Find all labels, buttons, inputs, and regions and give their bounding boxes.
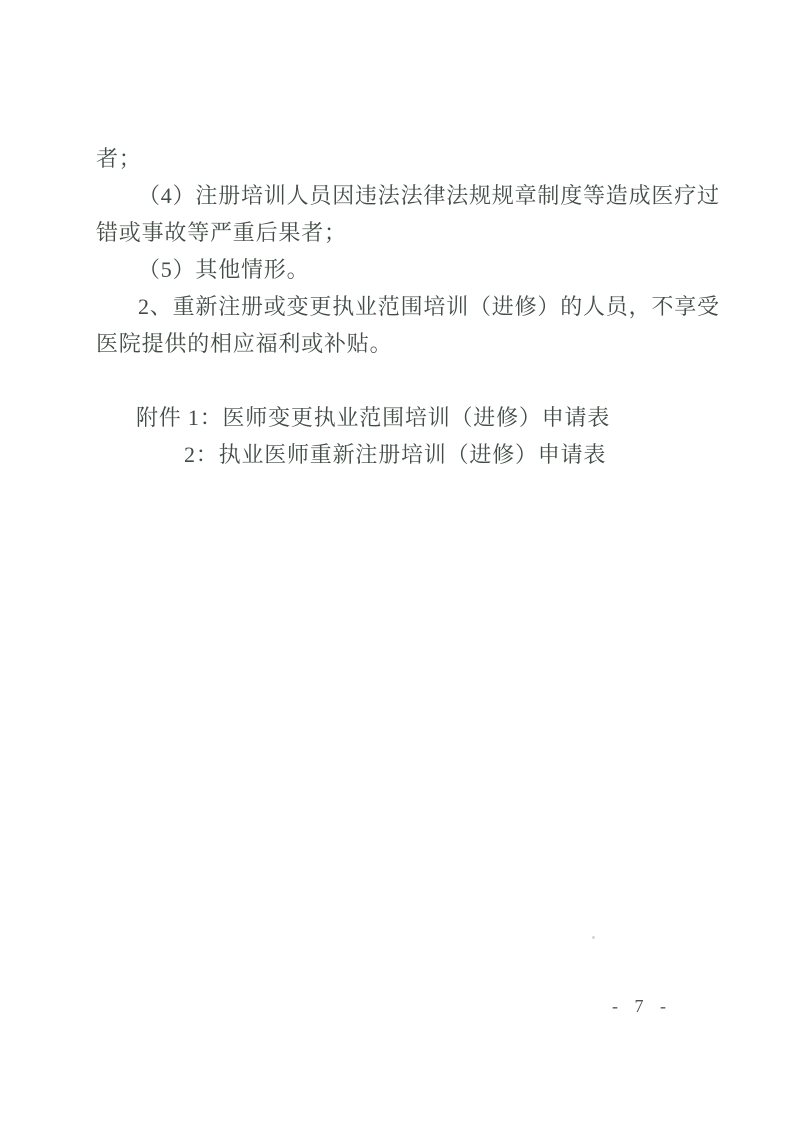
text-line: 医院提供的相应福利或补贴。 xyxy=(96,325,706,362)
document-page: 者；（4）注册培训人员因违法法律法规规章制度等造成医疗过错或事故等严重后果者；（… xyxy=(0,0,793,1123)
page-number: - 7 - xyxy=(612,996,672,1017)
text-line: （4）注册培训人员因违法法律法规规章制度等造成医疗过 xyxy=(96,177,706,214)
body-text: 者；（4）注册培训人员因违法法律法规规章制度等造成医疗过错或事故等严重后果者；（… xyxy=(96,140,706,473)
text-line: 2、重新注册或变更执业范围培训（进修）的人员，不享受 xyxy=(96,288,706,325)
text-line: 者； xyxy=(96,140,706,177)
scan-speck xyxy=(592,936,595,939)
blank-line xyxy=(96,362,706,399)
text-line: 错或事故等严重后果者； xyxy=(96,214,706,251)
text-line: 附件 1：医师变更执业范围培训（进修）申请表 xyxy=(96,399,706,436)
text-line: 2：执业医师重新注册培训（进修）申请表 xyxy=(96,436,706,473)
text-line: （5）其他情形。 xyxy=(96,251,706,288)
